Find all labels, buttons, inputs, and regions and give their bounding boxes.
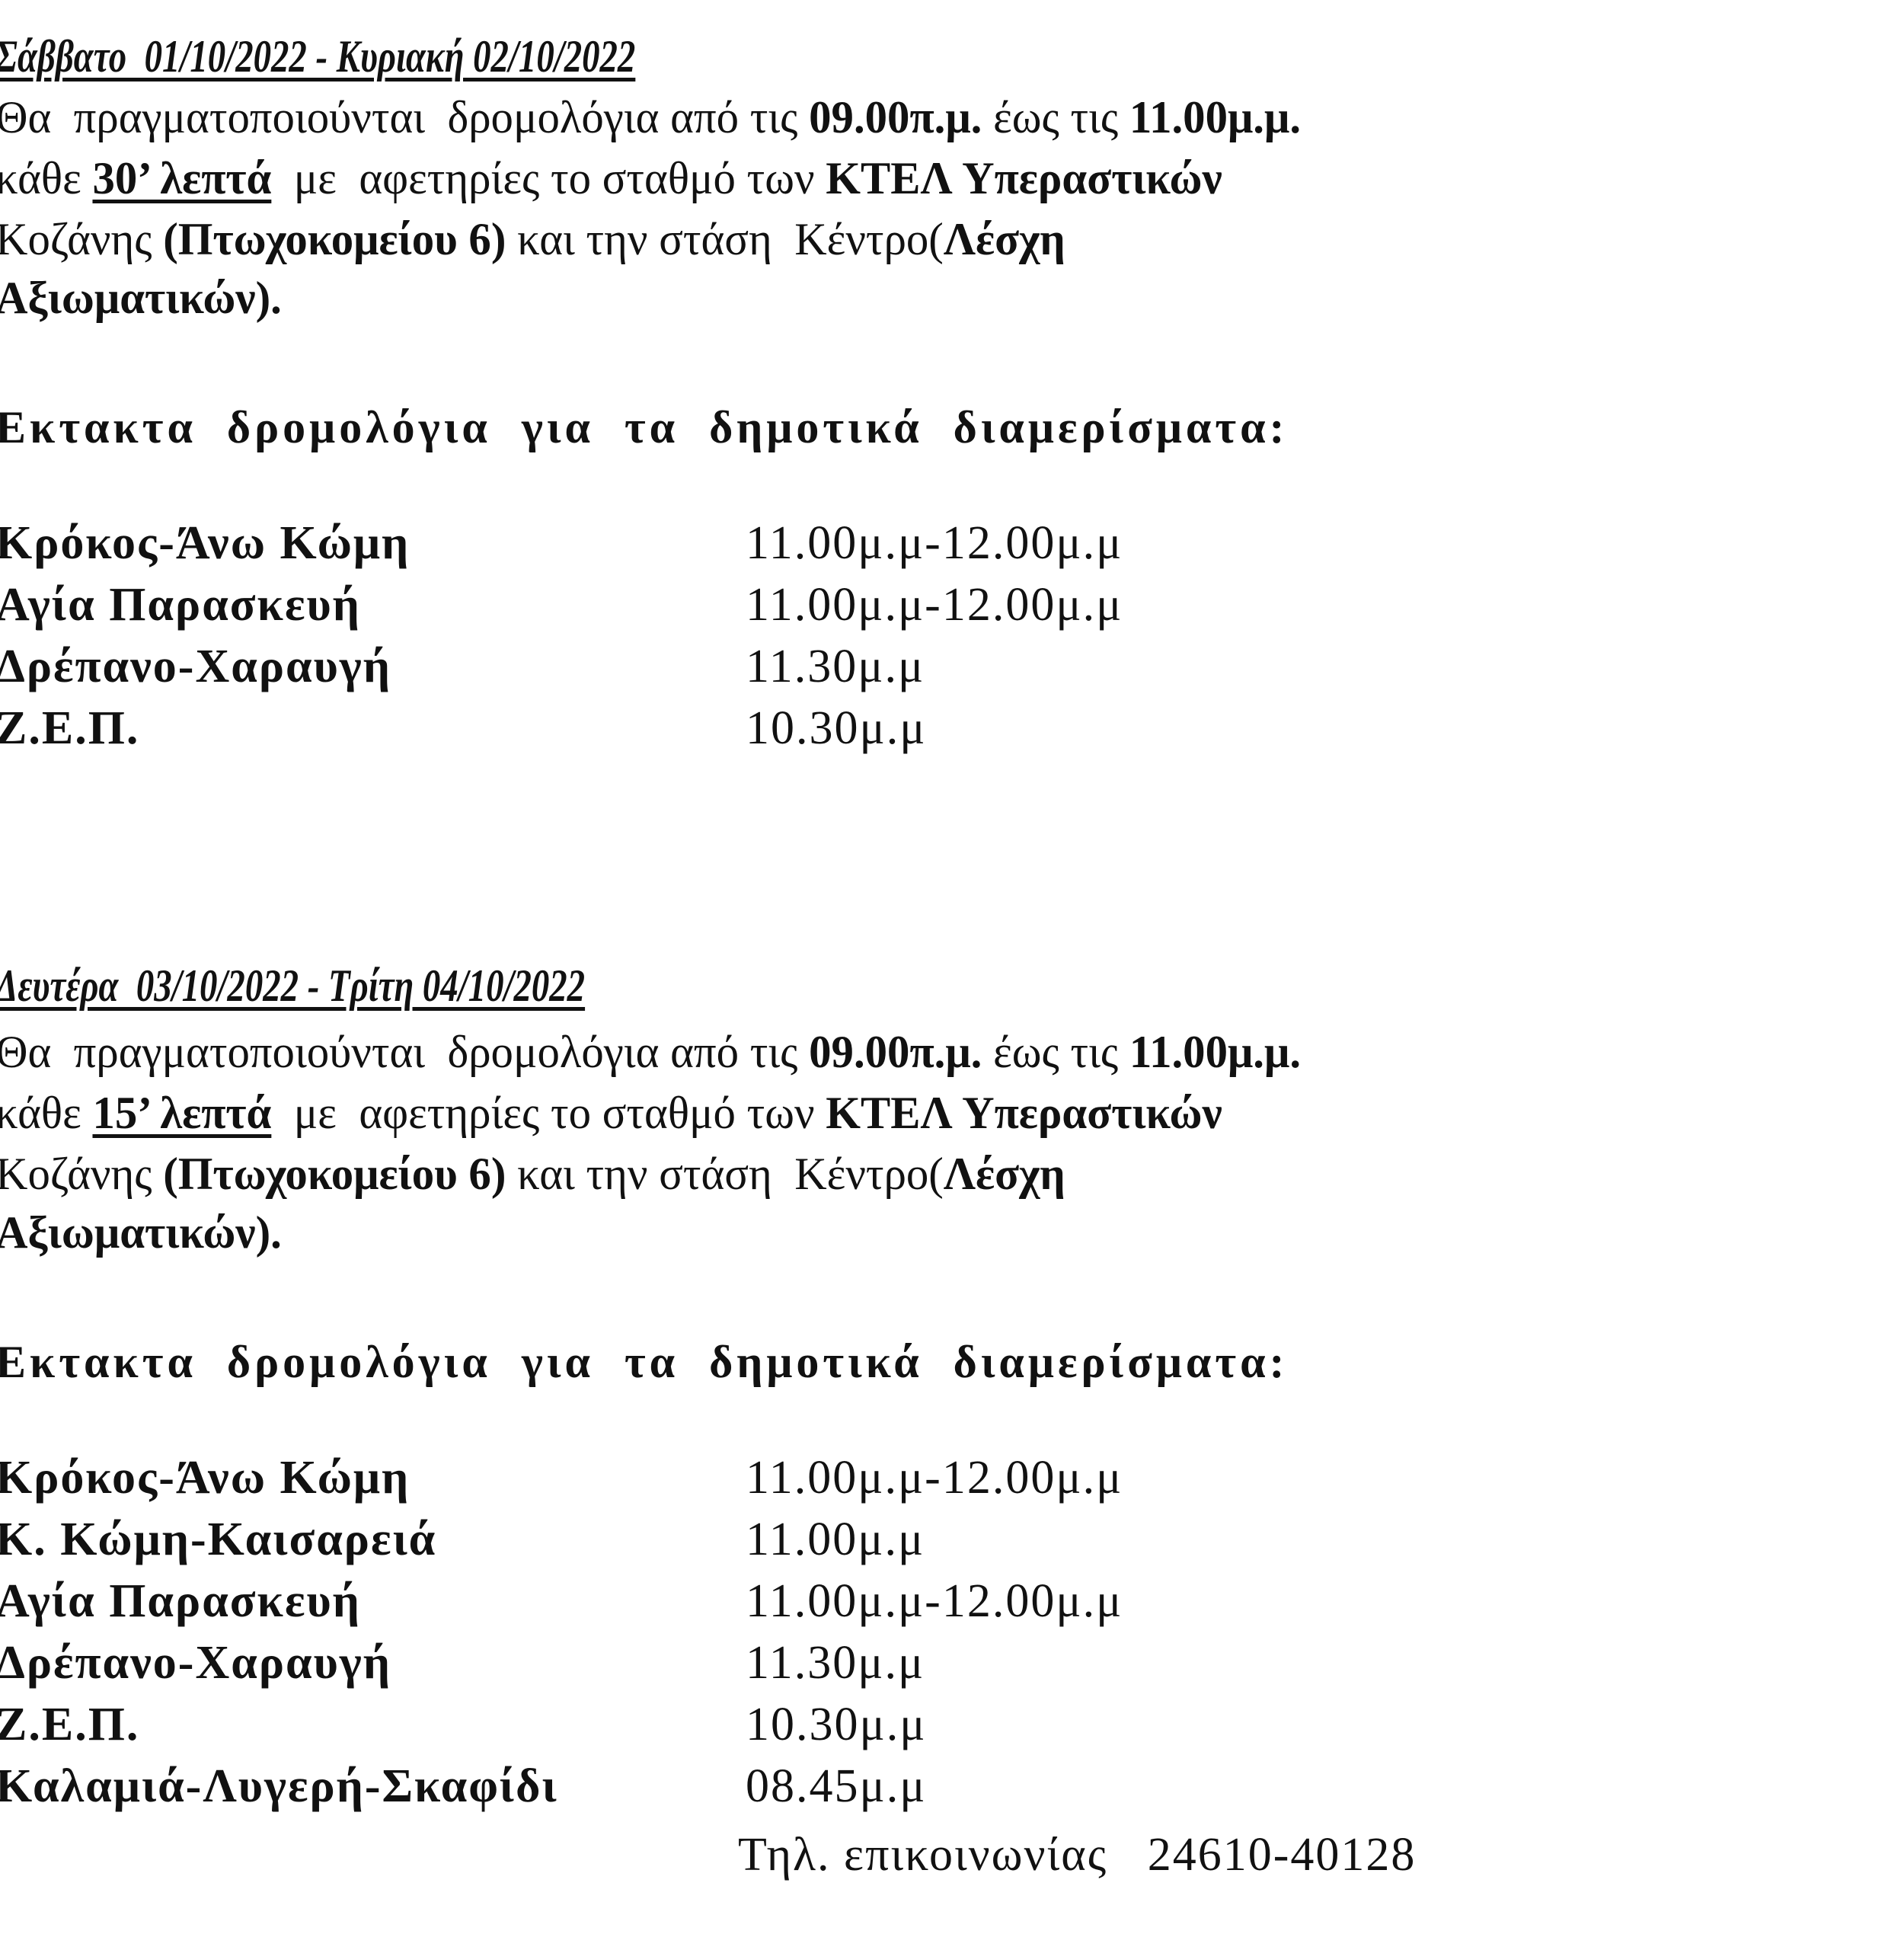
body-line: Θα πραγματοποιούνται δρομολόγια από τις … <box>0 1025 1301 1079</box>
text: με αφετηρίες το σταθμό των <box>271 1088 826 1138</box>
section-heading: Σάββατο 01/10/2022 - Κυριακή 02/10/2022 <box>0 29 635 84</box>
route-row: Αγία Παρασκευή11.00μ.μ-12.00μ.μ <box>0 1574 1823 1635</box>
route-place: Ζ.Ε.Π. <box>0 1698 139 1752</box>
route-time: 11.30μ.μ <box>746 1636 925 1690</box>
body-line: κάθε 15’ λεπτά με αφετηρίες το σταθμό τω… <box>0 1085 1222 1140</box>
route-time: 08.45μ.μ <box>746 1760 926 1814</box>
route-time: 11.30μ.μ <box>746 640 925 694</box>
route-place: Δρέπανο-Χαραυγή <box>0 640 391 694</box>
text: κάθε <box>0 153 92 203</box>
contact-phone: Τηλ. επικοινωνίας 24610-40128 <box>738 1828 1416 1882</box>
stop: Λέσχη <box>944 1149 1065 1199</box>
route-time: 10.30μ.μ <box>746 1698 926 1752</box>
text: Κοζάνης <box>0 1149 163 1199</box>
route-row: Ζ.Ε.Π.10.30μ.μ <box>0 1698 1823 1759</box>
text: Κοζάνης <box>0 214 163 264</box>
text: έως τις <box>982 92 1129 142</box>
route-place: Δρέπανο-Χαραυγή <box>0 1636 391 1690</box>
text: και την στάση Κέντρο( <box>506 214 943 264</box>
route-place: Κρόκος-Άνω Κώμη <box>0 1451 410 1505</box>
route-time: 10.30μ.μ <box>746 702 926 756</box>
body-line: Θα πραγματοποιούνται δρομολόγια από τις … <box>0 90 1301 145</box>
body-line: κάθε 30’ λεπτά με αφετηρίες το σταθμό τω… <box>0 151 1222 206</box>
text: και την στάση Κέντρο( <box>506 1149 943 1199</box>
route-place: Κ. Κώμη-Καισαρειά <box>0 1513 436 1567</box>
route-place: Αγία Παρασκευή <box>0 1574 361 1629</box>
route-row: Δρέπανο-Χαραυγή11.30μ.μ <box>0 640 1823 701</box>
body-line: Κοζάνης (Πτωχοκομείου 6) και την στάση Κ… <box>0 1146 1065 1201</box>
route-row: Κρόκος-Άνω Κώμη11.00μ.μ-12.00μ.μ <box>0 516 1823 577</box>
route-place: Αγία Παρασκευή <box>0 578 361 632</box>
route-row: Καλαμιά-Λυγερή-Σκαφίδι08.45μ.μ <box>0 1760 1823 1821</box>
stop: Λέσχη <box>944 214 1065 264</box>
text: Θα πραγματοποιούνται δρομολόγια από τις <box>0 1027 809 1077</box>
route-time: 11.00μ.μ <box>746 1513 925 1567</box>
section-heading: Δευτέρα 03/10/2022 - Τρίτη 04/10/2022 <box>0 958 585 1013</box>
route-row: Αγία Παρασκευή11.00μ.μ-12.00μ.μ <box>0 578 1823 639</box>
extra-routes-heading: Εκτακτα δρομολόγια για τα δημοτικά διαμε… <box>0 400 1289 455</box>
frequency: 30’ λεπτά <box>92 153 271 203</box>
address: (Πτωχοκομείου 6) <box>163 1149 506 1199</box>
route-time: 11.00μ.μ-12.00μ.μ <box>746 516 1123 571</box>
text: Θα πραγματοποιούνται δρομολόγια από τις <box>0 92 809 142</box>
start-time: 09.00π.μ. <box>809 1027 982 1077</box>
station: ΚΤΕΛ Υπεραστικών <box>826 1088 1222 1138</box>
route-time: 11.00μ.μ-12.00μ.μ <box>746 1574 1123 1629</box>
route-place: Κρόκος-Άνω Κώμη <box>0 516 410 571</box>
route-row: Δρέπανο-Χαραυγή11.30μ.μ <box>0 1636 1823 1697</box>
body-line: Κοζάνης (Πτωχοκομείου 6) και την στάση Κ… <box>0 212 1065 267</box>
text: έως τις <box>982 1027 1129 1077</box>
body-line: Αξιωματικών). <box>0 1205 282 1260</box>
text: με αφετηρίες το σταθμό των <box>271 153 826 203</box>
address: (Πτωχοκομείου 6) <box>163 214 506 264</box>
route-row: Κρόκος-Άνω Κώμη11.00μ.μ-12.00μ.μ <box>0 1451 1823 1512</box>
route-time: 11.00μ.μ-12.00μ.μ <box>746 1451 1123 1505</box>
end-time: 11.00μ.μ. <box>1129 1027 1301 1077</box>
text: κάθε <box>0 1088 92 1138</box>
route-row: Κ. Κώμη-Καισαρειά11.00μ.μ <box>0 1513 1823 1574</box>
body-line: Αξιωματικών). <box>0 270 282 325</box>
extra-routes-heading: Εκτακτα δρομολόγια για τα δημοτικά διαμε… <box>0 1335 1289 1389</box>
end-time: 11.00μ.μ. <box>1129 92 1301 142</box>
frequency: 15’ λεπτά <box>92 1088 271 1138</box>
route-time: 11.00μ.μ-12.00μ.μ <box>746 578 1123 632</box>
route-place: Ζ.Ε.Π. <box>0 702 139 756</box>
station: ΚΤΕΛ Υπεραστικών <box>826 153 1222 203</box>
route-row: Ζ.Ε.Π.10.30μ.μ <box>0 702 1823 762</box>
route-place: Καλαμιά-Λυγερή-Σκαφίδι <box>0 1760 558 1814</box>
start-time: 09.00π.μ. <box>809 92 982 142</box>
